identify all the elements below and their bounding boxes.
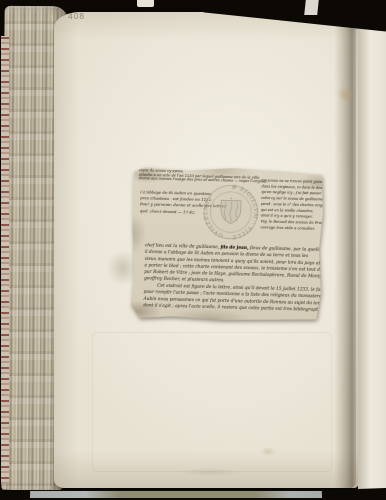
main-paragraph-2: Cet endroit est figure de la lettre, ain… bbox=[143, 282, 317, 313]
page-marker-tab bbox=[137, 0, 154, 7]
background-corner-bottom-left bbox=[0, 489, 30, 500]
wax-seal-pencil-drawing: ✠ SIGILLVM · VILLE · GVILLELMI · bbox=[201, 182, 260, 241]
page-marker-tab bbox=[304, 0, 319, 15]
table-edge-strip bbox=[24, 491, 364, 498]
folio-number: 408 bbox=[68, 12, 85, 22]
background-corner-bottom-right bbox=[322, 488, 386, 500]
page-stain bbox=[337, 87, 355, 102]
pasted-slip-wrapper: copie du sceau cy apres, attache a un ac… bbox=[130, 166, 324, 323]
facing-page-sliver bbox=[358, 24, 386, 492]
page-gutter-shadow bbox=[334, 12, 356, 488]
book-cover-red-edge bbox=[1, 36, 9, 484]
page-impression-mark bbox=[92, 332, 332, 472]
manuscript-photo: 408 copie du sceau cy apres, attache a u… bbox=[0, 0, 386, 500]
pasted-archival-slip: copie du sceau cy apres, attache a un ac… bbox=[130, 166, 324, 323]
main-paragraph-1: chef lieu est la ville de guillaume, fil… bbox=[144, 242, 318, 286]
